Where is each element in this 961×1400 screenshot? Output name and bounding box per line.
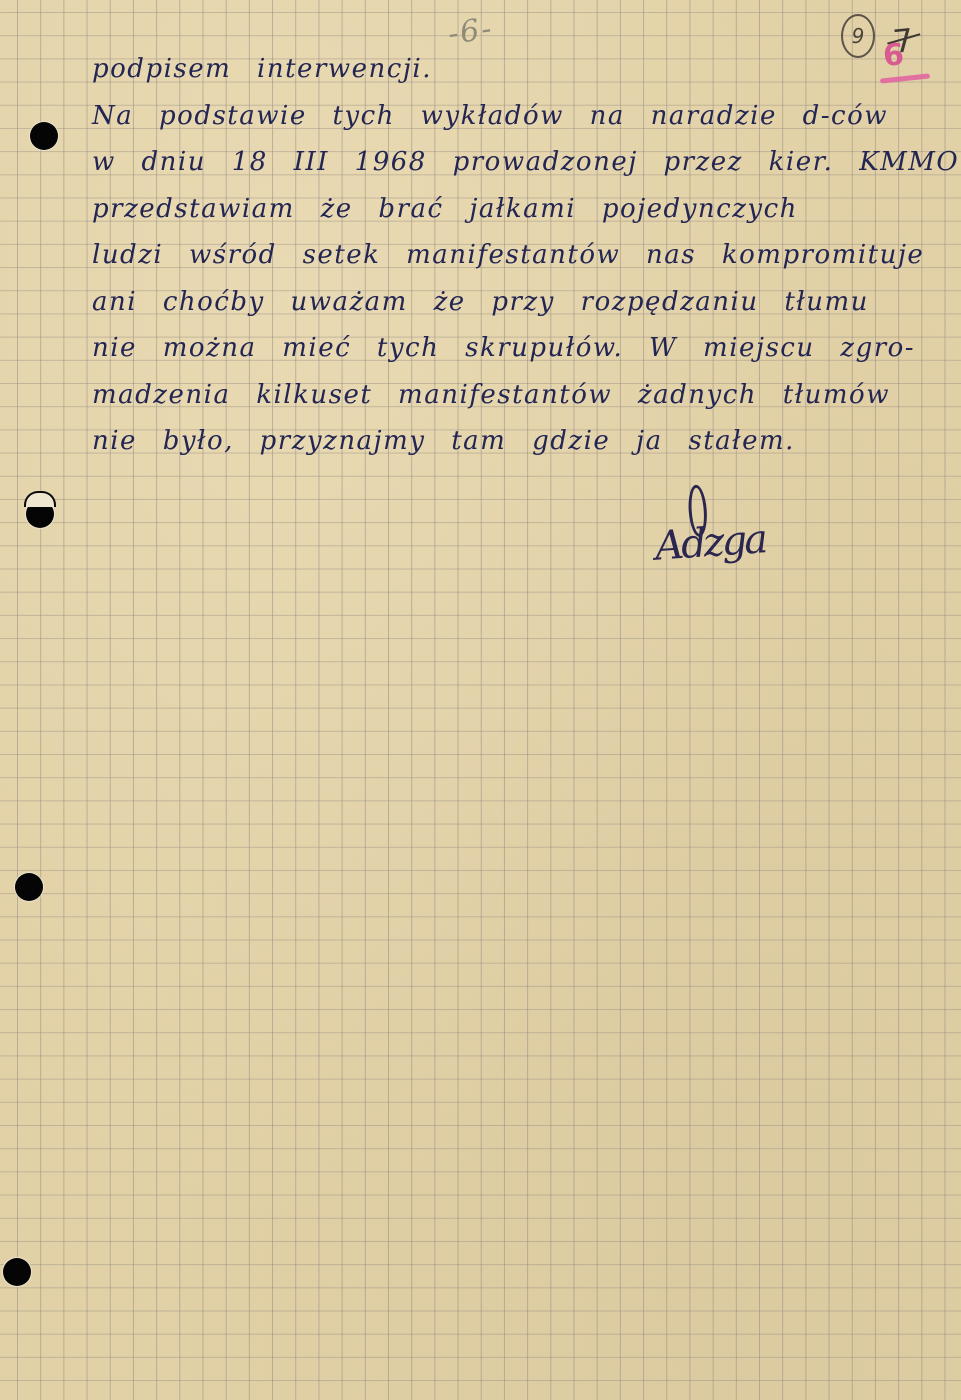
handwritten-text: podpisem interwencji. Na podstawie tych … xyxy=(92,46,942,465)
text-line: w dniu 18 III 1968 prowadzonej przez kie… xyxy=(92,139,942,186)
text-line: ani choćby uważam że przy rozpędzaniu tł… xyxy=(92,279,942,326)
text-line: nie było, przyznajmy tam gdzie ja stałem… xyxy=(92,418,942,465)
circled-folio-text: 9 xyxy=(852,24,865,48)
text-line: nie można mieć tych skrupułów. W miejscu… xyxy=(92,325,942,372)
punch-hole xyxy=(3,1258,31,1286)
text-line: Na podstawie tych wykładów na naradzie d… xyxy=(92,93,942,140)
text-line: madzenia kilkuset manifestantów żadnych … xyxy=(92,372,942,419)
signature: Adzga xyxy=(654,516,767,570)
punch-hole-torn xyxy=(26,500,54,528)
text-line: przedstawiam że brać jałkami pojedynczyc… xyxy=(92,186,942,233)
punch-hole xyxy=(15,873,43,901)
punch-hole xyxy=(30,122,58,150)
text-line: podpisem interwencji. xyxy=(92,46,942,93)
text-line: ludzi wśród setek manifestantów nas komp… xyxy=(92,232,942,279)
document-page: -6- 9 7 6 podpisem interwencji. Na podst… xyxy=(0,0,961,1400)
